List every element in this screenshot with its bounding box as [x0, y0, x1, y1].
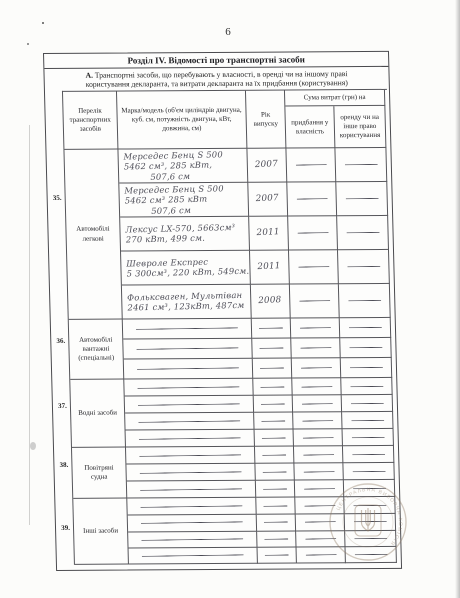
- handwritten-dash: [301, 386, 332, 387]
- handwritten-dash: [344, 164, 377, 165]
- handwritten-dash: [305, 538, 336, 539]
- handwritten-dash: [352, 470, 385, 471]
- handwritten-dash: [264, 538, 288, 539]
- intro-text: Транспортні засоби, що перебувають у вла…: [86, 69, 348, 89]
- page-number: 6: [0, 26, 456, 38]
- purchase-cell: [292, 378, 341, 395]
- purchase-cell: [291, 338, 340, 358]
- handwritten-model-line: 2461 см³, 123кВт, 487см: [127, 300, 250, 313]
- handwritten-dash: [138, 420, 240, 423]
- year-cell: [255, 447, 294, 464]
- handwritten-dash: [263, 488, 287, 489]
- rent-cell: [343, 429, 394, 446]
- handwritten-dash: [262, 437, 286, 438]
- model-cell: [125, 396, 254, 414]
- rent-cell: [342, 412, 393, 429]
- header-rent: оренду чи на інше право користування: [334, 106, 386, 148]
- table-section: 36.Автомобілі вантажні (спеціальні): [69, 318, 394, 380]
- handwritten-dash: [345, 198, 378, 199]
- year-cell: 2008: [251, 285, 291, 319]
- purchase-cell: [290, 284, 340, 318]
- model-cell: Шевроле Експрес5 300см³, 220 кВт, 549см.: [121, 251, 251, 286]
- rent-cell: [336, 182, 388, 216]
- handwritten-year: 2011: [257, 227, 281, 239]
- handwritten-dash: [136, 347, 238, 350]
- year-cell: [254, 413, 293, 430]
- model-cell: [125, 413, 254, 431]
- handwritten-dash: [346, 232, 379, 233]
- handwritten-dash: [138, 403, 240, 406]
- purchase-cell: [287, 182, 337, 216]
- rent-cell: [342, 395, 393, 412]
- rent-cell: [341, 358, 392, 378]
- handwritten-dash: [141, 538, 243, 541]
- model-cell: [123, 339, 252, 360]
- section-label: Автомобілі легкові: [69, 225, 116, 243]
- table-header: Перелік транспортних засобів Марка/модел…: [63, 90, 388, 150]
- year-cell: [256, 481, 295, 498]
- rent-cell: [344, 497, 395, 514]
- section-label: Повітряні судна: [75, 463, 122, 481]
- scan-blot-artifact: [30, 442, 36, 450]
- handwritten-dash: [304, 488, 335, 489]
- handwritten-dash: [141, 522, 243, 525]
- model-cell: [128, 515, 257, 532]
- handwritten-dash: [139, 437, 241, 440]
- purchase-cell: [294, 446, 343, 463]
- year-cell: [253, 359, 293, 379]
- model-cell: Мерседес Бенц S 5005462 см³, 285 кВт,507…: [118, 149, 248, 184]
- handwritten-dash: [300, 367, 331, 368]
- year-cell: [257, 515, 296, 532]
- rent-cell: [341, 378, 392, 395]
- handwritten-model-line: 270 кВт, 499 см.: [126, 232, 249, 245]
- handwritten-model-line: 507,6 см: [151, 203, 248, 216]
- handwritten-model-line: 507,6 см: [150, 169, 247, 182]
- handwritten-dash: [295, 164, 326, 165]
- section-number: 36.: [53, 337, 68, 346]
- year-cell: [252, 319, 292, 339]
- handwritten-dash: [137, 367, 239, 370]
- year-cell: 2007: [247, 149, 287, 183]
- model-cell: [127, 498, 256, 516]
- handwritten-dash: [139, 454, 241, 457]
- purchase-cell: [294, 463, 343, 480]
- scan-edge-artifact: [29, 125, 30, 525]
- handwritten-dash: [262, 454, 286, 455]
- handwritten-year: 2007: [256, 193, 280, 205]
- intro-prefix: А.: [85, 71, 93, 80]
- model-cell: [124, 359, 253, 380]
- purchase-cell: [296, 531, 345, 548]
- model-cell: Мерседес Бенц S 5005462 см³ 285 кВт507,6…: [119, 183, 249, 218]
- handwritten-dash: [140, 471, 242, 474]
- handwritten-dash: [350, 402, 383, 403]
- year-cell: [258, 548, 297, 564]
- handwritten-dash: [349, 367, 382, 368]
- purchase-cell: [293, 395, 342, 412]
- rent-cell: [345, 514, 396, 531]
- handwritten-dash: [142, 554, 244, 557]
- model-cell: Фольксваген, Мультіван2461 см³, 123кВт, …: [122, 285, 252, 320]
- scan-edge-shadow: [455, 0, 460, 598]
- handwritten-dash: [299, 327, 330, 328]
- rent-cell: [343, 446, 394, 463]
- header-year: Рік випуску: [246, 91, 286, 149]
- handwritten-dash: [354, 538, 387, 539]
- handwritten-dash: [302, 420, 333, 421]
- handwritten-dash: [261, 420, 285, 421]
- handwritten-dash: [305, 554, 336, 555]
- year-cell: [253, 379, 292, 396]
- section-number: 35.: [50, 194, 65, 203]
- year-cell: [252, 339, 292, 359]
- handwritten-dash: [265, 554, 289, 555]
- handwritten-dash: [351, 419, 384, 420]
- handwritten-dash: [348, 300, 381, 301]
- section-label-cell: 37.Водні засоби: [70, 380, 126, 448]
- vehicles-declaration-table: Розділ IV. Відомості про транспортні зас…: [43, 51, 402, 571]
- table-section: 37.Водні засоби: [70, 378, 396, 448]
- section-number: 38.: [56, 461, 71, 470]
- model-cell: [126, 430, 255, 448]
- handwritten-year: 2007: [255, 159, 279, 171]
- rent-cell: [344, 480, 395, 497]
- year-cell: 2007: [248, 183, 288, 217]
- handwritten-dash: [353, 504, 386, 505]
- scanned-declaration-page: 6 Розділ IV. Відомості про транспортні з…: [0, 0, 460, 598]
- scan-speck: [27, 43, 29, 45]
- year-cell: [255, 430, 294, 447]
- handwritten-dash: [300, 347, 331, 348]
- handwritten-dash: [347, 266, 380, 267]
- vehicles-table-grid: Перелік транспортних засобів Марка/модел…: [62, 89, 399, 565]
- purchase-cell: [293, 412, 342, 429]
- section-label: Автомобілі вантажні (спеціальні): [72, 335, 120, 363]
- model-cell: [126, 464, 255, 482]
- purchase-cell: [295, 480, 344, 497]
- purchase-cell: [294, 429, 343, 446]
- handwritten-dash: [259, 327, 283, 328]
- handwritten-dash: [304, 521, 335, 522]
- handwritten-dash: [299, 300, 330, 301]
- purchase-cell: [297, 547, 346, 563]
- section-number: 39.: [58, 524, 73, 533]
- handwritten-dash: [352, 453, 385, 454]
- rent-cell: [340, 338, 391, 358]
- handwritten-dash: [263, 471, 287, 472]
- handwritten-dash: [354, 554, 387, 555]
- header-costs-group: Сума витрат (грн) на: [285, 90, 385, 107]
- rent-cell: [335, 148, 387, 182]
- table-body: 35.Автомобілі легковіМерседес Бенц S 500…: [64, 148, 398, 565]
- handwritten-dash: [297, 232, 328, 233]
- purchase-cell: [288, 216, 338, 250]
- year-cell: [255, 464, 294, 481]
- rent-cell: [343, 463, 394, 480]
- section-label-cell: 36.Автомобілі вантажні (спеціальні): [69, 320, 125, 380]
- handwritten-dash: [351, 436, 384, 437]
- handwritten-dash: [136, 327, 238, 330]
- handwritten-dash: [348, 327, 381, 328]
- rent-cell: [345, 530, 396, 547]
- section-label: Інші засоби: [83, 527, 118, 536]
- rent-cell: [339, 284, 391, 318]
- year-cell: 2011: [250, 251, 290, 285]
- handwritten-dash: [140, 488, 242, 491]
- rent-cell: [340, 318, 391, 338]
- handwritten-dash: [353, 521, 386, 522]
- handwritten-dash: [260, 367, 284, 368]
- handwritten-dash: [304, 505, 335, 506]
- handwritten-dash: [303, 471, 334, 472]
- section-label-cell: 38.Повітряні судна: [72, 448, 127, 499]
- table-section: 39.Інші засоби: [73, 497, 399, 565]
- handwritten-model-line: 5 300см³, 220 кВт, 549см.: [126, 266, 249, 279]
- handwritten-dash: [259, 347, 283, 348]
- rent-cell: [338, 250, 390, 284]
- handwritten-dash: [302, 437, 333, 438]
- model-cell: Лексус LX-570, 5663см³270 кВт, 499 см.: [120, 217, 250, 252]
- model-cell: [129, 548, 258, 565]
- purchase-cell: [291, 318, 340, 338]
- year-cell: [256, 498, 295, 515]
- rent-cell: [346, 547, 397, 563]
- model-cell: [123, 319, 252, 340]
- purchase-cell: [286, 148, 336, 182]
- header-vehicle-list: Перелік транспортних засобів: [63, 92, 118, 150]
- section-label-cell: 39.Інші засоби: [73, 499, 129, 565]
- handwritten-year: 2008: [258, 295, 282, 307]
- header-make-model: Марка/модель (об'єм циліндрів двигуна, к…: [117, 91, 247, 150]
- header-purchase: придбання у власність: [285, 106, 335, 148]
- handwritten-dash: [301, 403, 332, 404]
- model-cell: [128, 531, 257, 548]
- section-label-cell: 35.Автомобілі легкові: [64, 150, 122, 320]
- handwritten-dash: [298, 266, 329, 267]
- handwritten-dash: [353, 487, 386, 488]
- purchase-cell: [292, 358, 341, 378]
- handwritten-dash: [349, 347, 382, 348]
- year-cell: [257, 531, 296, 548]
- handwritten-dash: [140, 505, 242, 508]
- handwritten-dash: [260, 386, 284, 387]
- handwritten-year: 2011: [258, 261, 282, 273]
- handwritten-dash: [350, 385, 383, 386]
- handwritten-dash: [137, 386, 239, 389]
- model-cell: [126, 447, 255, 465]
- scan-speck: [42, 22, 44, 24]
- section-number: 37.: [55, 402, 70, 411]
- purchase-cell: [295, 497, 344, 514]
- model-cell: [127, 481, 256, 499]
- table-section: 35.Автомобілі легковіМерседес Бенц S 500…: [64, 148, 392, 320]
- model-cell: [124, 379, 253, 397]
- handwritten-dash: [296, 198, 327, 199]
- handwritten-dash: [263, 505, 287, 506]
- purchase-cell: [289, 250, 339, 284]
- handwritten-dash: [264, 522, 288, 523]
- table-section: 38.Повітряні судна: [72, 446, 397, 499]
- year-cell: 2011: [249, 217, 289, 251]
- handwritten-dash: [303, 454, 334, 455]
- year-cell: [254, 396, 293, 413]
- purchase-cell: [296, 514, 345, 531]
- handwritten-dash: [261, 403, 285, 404]
- rent-cell: [337, 216, 389, 250]
- section-label: Водні засоби: [78, 409, 117, 418]
